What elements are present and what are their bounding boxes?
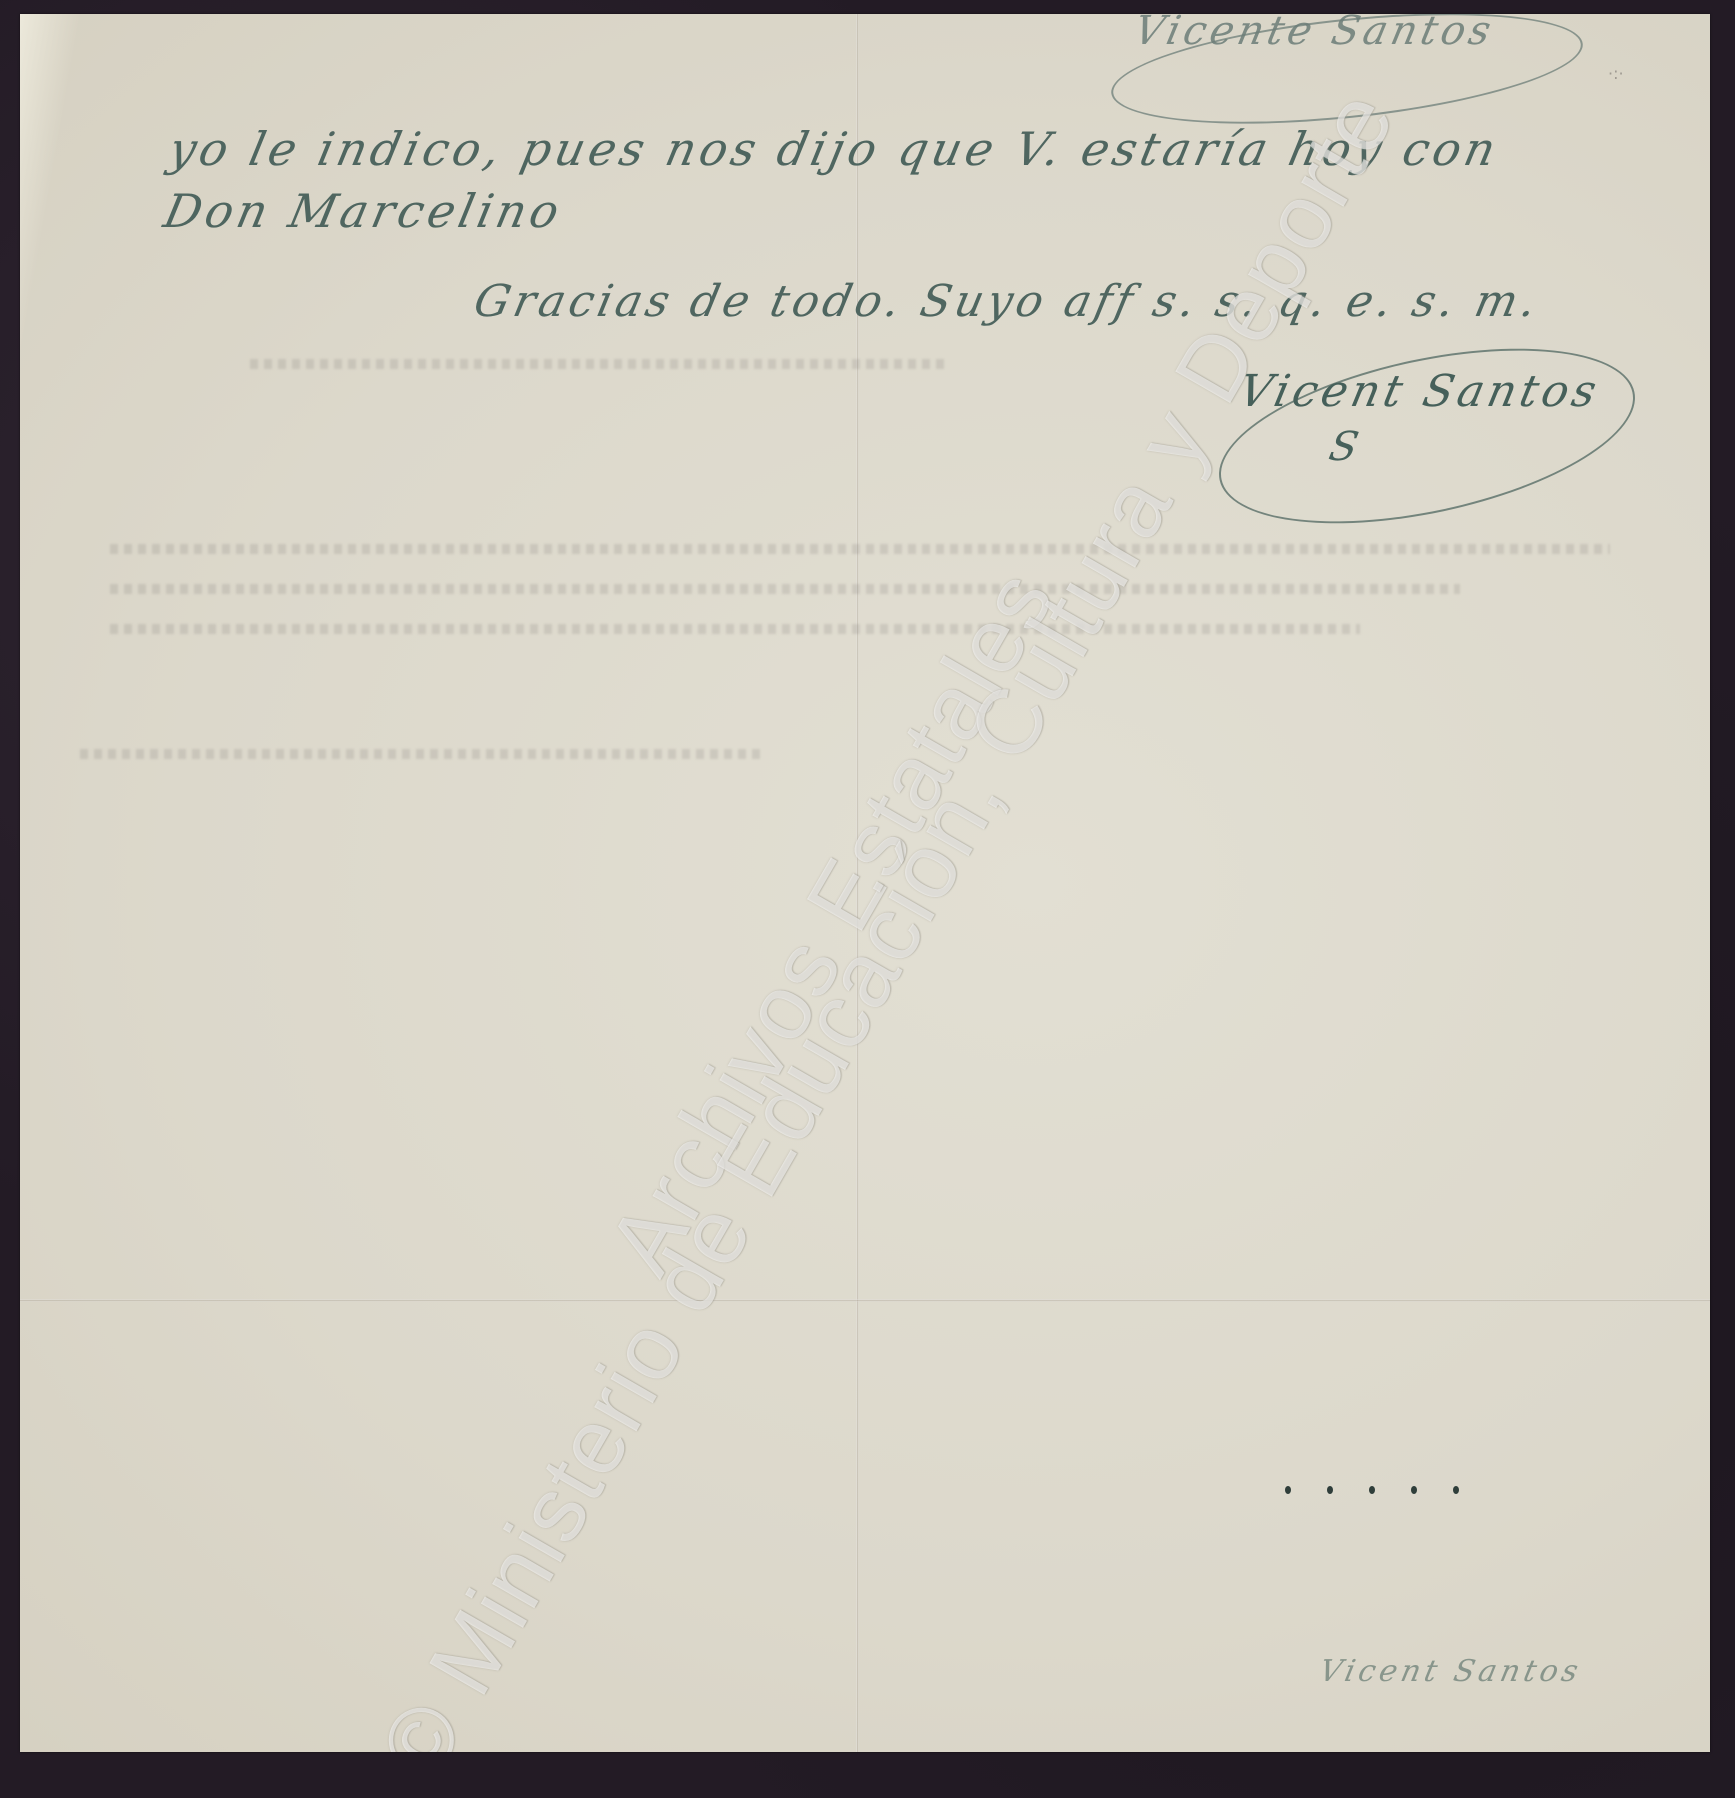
vertical-fold-line	[856, 14, 859, 1752]
showthrough-text	[110, 624, 1360, 634]
ink-dot	[1453, 1486, 1459, 1494]
ink-dot	[1285, 1486, 1291, 1494]
showthrough-text	[110, 544, 1610, 554]
horizontal-fold-line	[20, 1299, 1710, 1302]
ink-dot	[1411, 1486, 1417, 1494]
ink-dots	[1285, 1479, 1495, 1498]
watermark-line-1: Archivos Estatales	[588, 552, 1075, 1291]
letter-line-2: Don Marcelino	[159, 184, 568, 238]
ink-dot	[1327, 1486, 1333, 1494]
ink-dot	[1369, 1486, 1375, 1494]
showthrough-text	[250, 359, 950, 369]
letter-closing: Gracias de todo. Suyo aff s. s. q. e. s.…	[470, 276, 1545, 327]
signature: Vicent Santos	[1235, 366, 1605, 417]
showthrough-text	[80, 749, 760, 759]
showthrough-text	[110, 584, 1460, 594]
bottom-signature-showthrough: Vicent Santos	[1316, 1654, 1585, 1689]
letter-line-1: yo le indico, pues nos dijo que V. estar…	[164, 122, 1504, 176]
pencil-annotation: ·:·	[1608, 64, 1624, 83]
letter-page: Vicente Santos ·:· yo le indico, pues no…	[20, 14, 1710, 1752]
signature-flourish	[1204, 317, 1651, 556]
top-signature-fragment: Vicente Santos	[1130, 14, 1499, 54]
